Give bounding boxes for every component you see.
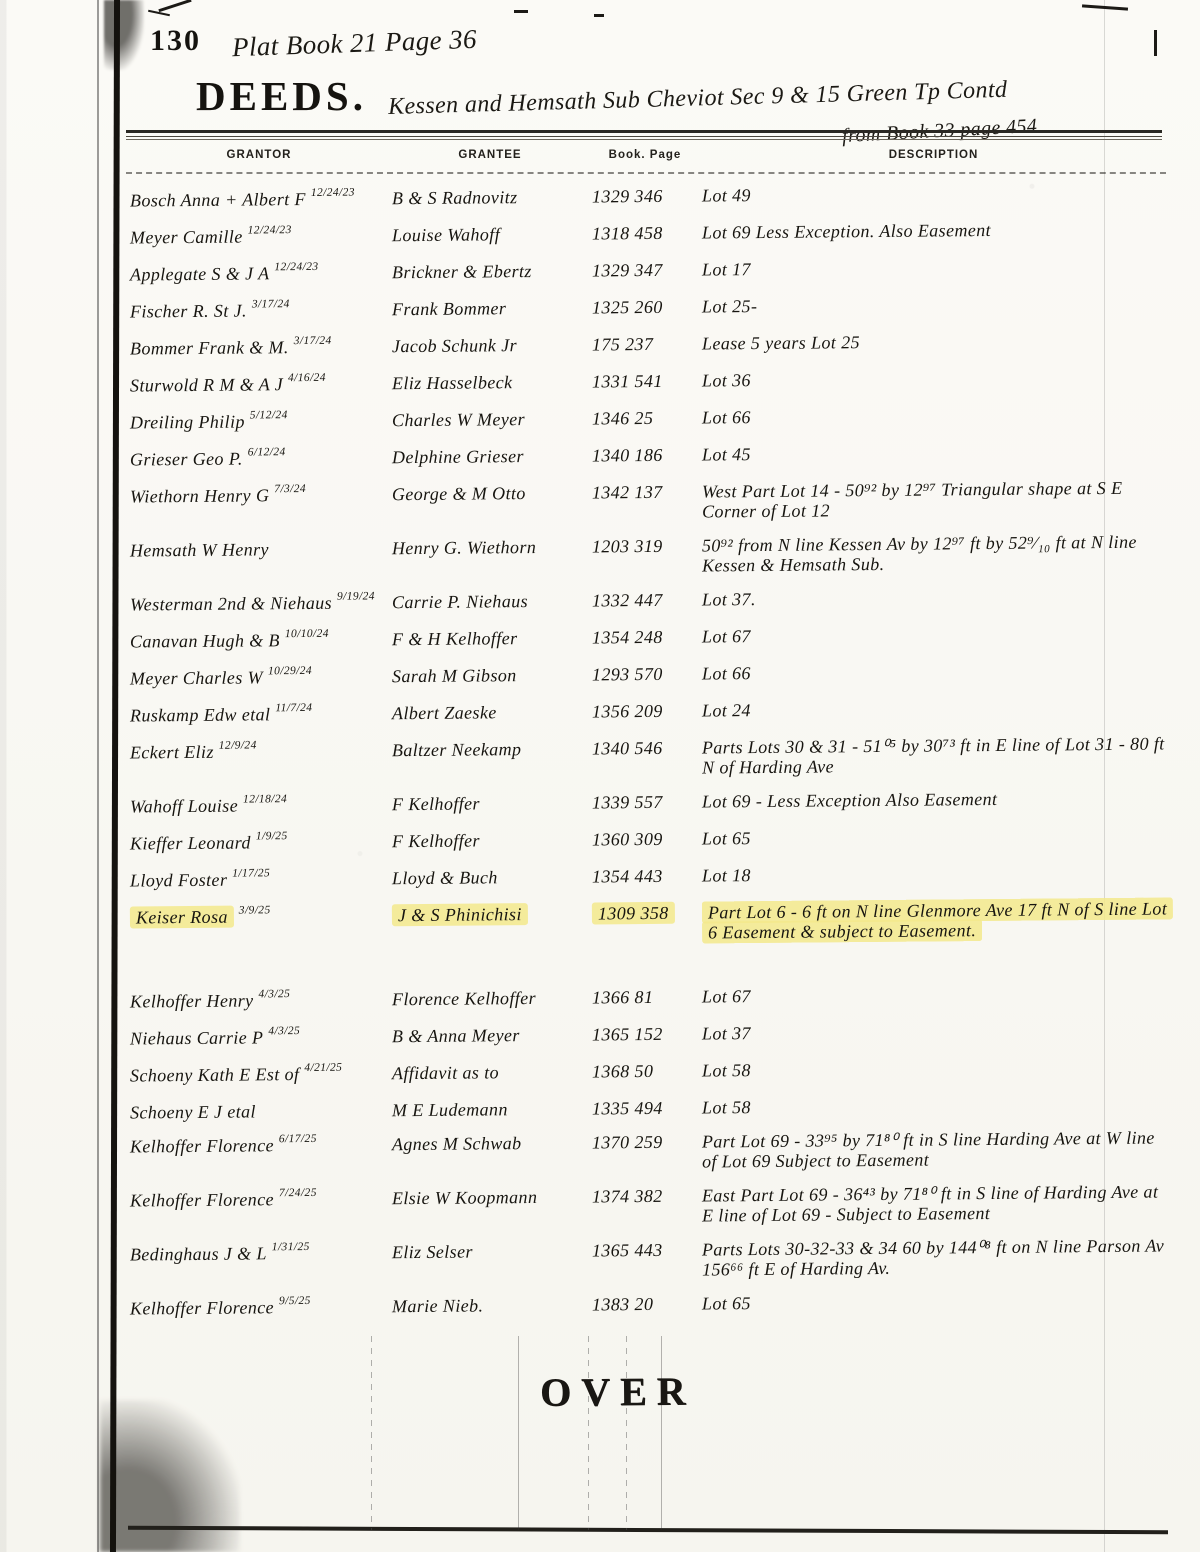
book-page-cell: 1370 259 — [592, 1132, 698, 1173]
description-cell: Parts Lots 30 & 31 - 51⁰⁵ by 30⁷³ ft in … — [702, 733, 1168, 777]
table-row: Kelhoffer Henry4/3/25 Florence Kelhoffer… — [130, 982, 1168, 1014]
grantee-cell: Florence Kelhoffer — [392, 988, 588, 1013]
table-row: Bommer Frank & M.3/17/24 Jacob Schunk Jr… — [130, 329, 1168, 361]
table-row: Sturwold R M & A J4/16/24 Eliz Hasselbec… — [130, 366, 1168, 398]
table-row: Kieffer Leonard1/9/25 F Kelhoffer 1360 3… — [130, 824, 1168, 856]
handwritten-book-note: Plat Book 21 Page 36 — [232, 24, 478, 64]
grantor-cell: Schoeny Kath E Est of4/21/25 — [130, 1063, 388, 1088]
table-row: Meyer Camille12/24/23 Louise Wahoff 1318… — [130, 218, 1168, 250]
description-cell: Lot 65 — [702, 1289, 1168, 1316]
grantor-cell: Meyer Camille12/24/23 — [130, 225, 388, 250]
description-cell: West Part Lot 14 - 50⁹² by 12⁹⁷ Triangul… — [702, 477, 1168, 521]
page-number: 130 — [150, 24, 201, 58]
deed-date: 12/9/24 — [219, 735, 257, 755]
handwritten-subdivision-note: Kessen and Hemsath Sub Cheviot Sec 9 & 1… — [388, 74, 1108, 121]
grantee-cell: Sarah M Gibson — [392, 665, 588, 690]
grantor-cell: Kelhoffer Henry4/3/25 — [130, 989, 388, 1014]
table-row: Bedinghaus J & L1/31/25 Eliz Selser 1365… — [130, 1235, 1168, 1284]
description-cell: Lot 25- — [702, 292, 1168, 319]
header-book-page: Book. Page — [592, 149, 698, 161]
description-cell: Lot 58 — [702, 1056, 1168, 1083]
grantee-cell: Louise Wahoff — [392, 224, 588, 249]
description-cell: Lot 66 — [702, 659, 1168, 686]
deed-date: 6/12/24 — [248, 442, 286, 462]
book-page-cell: 1329 347 — [592, 260, 698, 284]
grantee-cell: Henry G. Wiethorn — [392, 537, 588, 579]
description-cell: Lot 17 — [702, 255, 1168, 282]
bottom-scan-edge-line — [128, 1526, 1168, 1535]
table-row: Applegate S & J A12/24/23 Brickner & Ebe… — [130, 255, 1168, 287]
deed-date: 3/17/24 — [252, 294, 290, 314]
grantor-cell: Kelhoffer Florence7/24/25 — [130, 1188, 388, 1230]
deed-date: 10/10/24 — [285, 624, 329, 644]
grantee-cell: Elsie W Koopmann — [392, 1187, 588, 1229]
description-cell: Lot 37 — [702, 1019, 1168, 1046]
grantor-cell: Ruskamp Edw etal11/7/24 — [130, 703, 388, 728]
book-page-cell: 1342 137 — [592, 482, 698, 523]
header-grantor: GRANTOR — [130, 149, 388, 161]
book-page-cell: 1309 358 — [592, 903, 698, 944]
deed-date: 12/24/23 — [248, 220, 292, 240]
deed-date: 4/16/24 — [288, 368, 326, 388]
deed-date: 3/9/25 — [239, 900, 271, 920]
grantor-cell: Lloyd Foster1/17/25 — [130, 868, 388, 893]
grantor-cell: Bedinghaus J & L1/31/25 — [130, 1242, 388, 1284]
description-cell: Parts Lots 30-32-33 & 34 60 by 144⁰⁸ ft … — [702, 1235, 1168, 1279]
grantee-cell: F Kelhoffer — [392, 830, 588, 855]
deed-date: 7/24/25 — [279, 1183, 317, 1203]
deed-date: 9/5/25 — [279, 1291, 311, 1311]
book-page-cell: 1368 50 — [592, 1061, 698, 1085]
description-cell: 50⁹² from N line Kessen Av by 12⁹⁷ ft by… — [702, 531, 1168, 575]
top-edge-mark — [514, 10, 528, 13]
grantor-cell: Bosch Anna + Albert F12/24/23 — [130, 188, 388, 213]
grantee-cell: F Kelhoffer — [392, 793, 588, 818]
deed-date: 1/31/25 — [272, 1237, 310, 1257]
column-guide-line — [661, 1336, 662, 1530]
grantee-cell: J & S Phinichisi — [392, 904, 588, 946]
grantor-cell: Sturwold R M & A J4/16/24 — [130, 373, 388, 398]
grantee-cell: George & M Otto — [392, 483, 588, 525]
deed-date: 12/24/23 — [311, 183, 355, 203]
table-row: Schoeny E J etal M E Ludemann 1335 494 L… — [130, 1093, 1168, 1122]
grantor-cell: Kelhoffer Florence9/5/25 — [130, 1296, 388, 1321]
description-cell: Lot 65 — [702, 824, 1168, 851]
table-row: Eckert Eliz12/9/24 Baltzer Neekamp 1340 … — [130, 733, 1168, 782]
deed-date: 10/29/24 — [268, 661, 312, 681]
table-row: Schoeny Kath E Est of4/21/25 Affidavit a… — [130, 1056, 1168, 1088]
table-row: Meyer Charles W10/29/24 Sarah M Gibson 1… — [130, 659, 1168, 691]
header-underline — [126, 172, 1166, 174]
column-guide-line — [588, 1336, 589, 1530]
grantee-cell: Frank Bommer — [392, 298, 588, 323]
book-page-cell: 1374 382 — [592, 1186, 698, 1227]
table-row: Niehaus Carrie P4/3/25 B & Anna Meyer 13… — [130, 1019, 1168, 1051]
book-page-cell: 1335 494 — [592, 1098, 698, 1119]
left-binding-line — [110, 0, 120, 1552]
column-headers: GRANTOR GRANTEE Book. Page DESCRIPTION — [130, 149, 1165, 161]
header-grantee: GRANTEE — [392, 149, 588, 161]
description-cell: Lot 18 — [702, 861, 1168, 888]
book-page-cell: 1354 443 — [592, 866, 698, 890]
top-edge-mark — [594, 14, 604, 17]
book-page-cell: 1383 20 — [592, 1294, 698, 1318]
ink-blot-top-left — [104, 0, 144, 70]
grantor-cell: Kelhoffer Florence6/17/25 — [130, 1134, 388, 1176]
grantee-cell: Delphine Grieser — [392, 446, 588, 471]
grantor-cell: Kieffer Leonard1/9/25 — [130, 831, 388, 856]
description-cell: Lot 66 — [702, 403, 1168, 430]
grantee-cell: Eliz Hasselbeck — [392, 372, 588, 397]
column-guide-line — [518, 1336, 519, 1530]
description-cell: Lot 69 Less Exception. Also Easement — [702, 218, 1168, 245]
book-page-cell: 1354 248 — [592, 627, 698, 651]
grantor-cell: Niehaus Carrie P4/3/25 — [130, 1026, 388, 1051]
grantor-cell: Dreiling Philip5/12/24 — [130, 410, 388, 435]
grantee-cell: Agnes M Schwab — [392, 1133, 588, 1175]
header-description: DESCRIPTION — [702, 149, 1165, 161]
grantor-cell: Grieser Geo P.6/12/24 — [130, 447, 388, 472]
grantor-cell: Wiethorn Henry G7/3/24 — [130, 484, 388, 526]
grantee-cell: Jacob Schunk Jr — [392, 335, 588, 360]
deed-date: 4/21/25 — [304, 1058, 342, 1078]
deed-date: 3/17/24 — [294, 331, 332, 351]
deed-date: 1/9/25 — [256, 826, 288, 846]
column-guide-line — [626, 1336, 627, 1530]
description-cell: Lot 49 — [702, 181, 1168, 208]
book-page-cell: 1340 546 — [592, 738, 698, 779]
description-cell: Lot 36 — [702, 366, 1168, 393]
left-margin-line — [97, 0, 99, 1552]
grantor-cell: Hemsath W Henry — [130, 538, 388, 580]
table-row: Fischer R. St J.3/17/24 Frank Bommer 132… — [130, 292, 1168, 324]
book-page-cell: 1365 152 — [592, 1024, 698, 1048]
table-row: Hemsath W Henry Henry G. Wiethorn 1203 3… — [130, 531, 1168, 580]
book-page-cell: 1332 447 — [592, 590, 698, 614]
deed-date: 7/3/24 — [274, 479, 306, 499]
description-cell: Lot 24 — [702, 696, 1168, 723]
grantee-cell: B & S Radnovitz — [392, 187, 588, 212]
description-cell: Lot 45 — [702, 440, 1168, 467]
deed-date: 6/17/25 — [279, 1129, 317, 1149]
table-row: Ruskamp Edw etal11/7/24 Albert Zaeske 13… — [130, 696, 1168, 728]
description-cell: Part Lot 6 - 6 ft on N line Glenmore Ave… — [702, 898, 1168, 942]
book-page-cell: 175 237 — [592, 334, 698, 358]
grantee-cell: M E Ludemann — [392, 1099, 588, 1121]
table-row: Lloyd Foster1/17/25 Lloyd & Buch 1354 44… — [130, 861, 1168, 893]
deed-date: 11/7/24 — [275, 698, 312, 718]
description-cell: Lot 58 — [702, 1093, 1168, 1117]
grantee-cell: Eliz Selser — [392, 1241, 588, 1283]
grantee-cell: B & Anna Meyer — [392, 1025, 588, 1050]
table-row: Canavan Hugh & B10/10/24 F & H Kelhoffer… — [130, 622, 1168, 654]
table-row: Westerman 2nd & Niehaus9/19/24 Carrie P.… — [130, 585, 1168, 617]
book-page-cell: 1360 309 — [592, 829, 698, 853]
top-scribble-mark — [158, 0, 191, 12]
top-edge-mark — [1082, 4, 1128, 10]
deed-date: 12/24/23 — [274, 257, 318, 277]
deed-date: 4/3/25 — [258, 984, 290, 1004]
grantor-cell: Applegate S & J A12/24/23 — [130, 262, 388, 287]
table-row: Grieser Geo P.6/12/24 Delphine Grieser 1… — [130, 440, 1168, 472]
grantor-cell: Wahoff Louise12/18/24 — [130, 794, 388, 819]
book-page-cell: 1365 443 — [592, 1240, 698, 1281]
deed-entries: Bosch Anna + Albert F12/24/23 B & S Radn… — [130, 186, 1168, 1331]
description-cell: East Part Lot 69 - 36⁴³ by 71⁸⁰ ft in S … — [702, 1181, 1168, 1225]
deed-date: 1/17/25 — [232, 863, 270, 883]
book-page-cell: 1203 319 — [592, 536, 698, 577]
book-page-cell: 1331 541 — [592, 371, 698, 395]
deed-date: 4/3/25 — [268, 1021, 300, 1041]
column-guide-line — [371, 1336, 372, 1530]
page-title: DEEDS. — [196, 72, 367, 120]
grantor-cell: Westerman 2nd & Niehaus9/19/24 — [130, 592, 388, 617]
grantor-cell: Fischer R. St J.3/17/24 — [130, 299, 388, 324]
book-page-cell: 1340 186 — [592, 445, 698, 469]
book-page-cell: 1318 458 — [592, 223, 698, 247]
book-page-cell: 1339 557 — [592, 792, 698, 816]
top-edge-mark — [1154, 30, 1157, 56]
book-page-cell: 1293 570 — [592, 664, 698, 688]
table-row: Kelhoffer Florence9/5/25 Marie Nieb. 138… — [130, 1289, 1168, 1321]
description-cell: Lot 37. — [702, 585, 1168, 612]
grantee-cell: Marie Nieb. — [392, 1295, 588, 1320]
grantor-cell: Meyer Charles W10/29/24 — [130, 666, 388, 691]
description-cell: Lot 69 - Less Exception Also Easement — [702, 787, 1168, 814]
grantee-cell: Charles W Meyer — [392, 409, 588, 434]
book-page-cell: 1356 209 — [592, 701, 698, 725]
table-row: Wiethorn Henry G7/3/24 George & M Otto 1… — [130, 477, 1168, 526]
header-rule — [126, 130, 1162, 140]
grantee-cell: Albert Zaeske — [392, 702, 588, 727]
book-page-cell: 1329 346 — [592, 186, 698, 210]
deed-date: 9/19/24 — [337, 586, 375, 606]
deed-date: 12/18/24 — [243, 789, 287, 809]
description-cell: Lease 5 years Lot 25 — [702, 329, 1168, 356]
over-stamp: OVER — [540, 1367, 696, 1415]
table-row: Kelhoffer Florence6/17/25 Agnes M Schwab… — [130, 1127, 1168, 1176]
table-row: Wahoff Louise12/18/24 F Kelhoffer 1339 5… — [130, 787, 1168, 819]
grantee-cell: Lloyd & Buch — [392, 867, 588, 892]
book-page-cell: 1325 260 — [592, 297, 698, 321]
table-row: Bosch Anna + Albert F12/24/23 B & S Radn… — [130, 181, 1168, 213]
description-cell: Lot 67 — [702, 622, 1168, 649]
grantor-cell: Keiser Rosa3/9/25 — [130, 905, 388, 947]
grantor-cell: Schoeny E J etal — [130, 1100, 388, 1122]
deed-date: 5/12/24 — [250, 405, 288, 425]
table-row: Keiser Rosa3/9/25 J & S Phinichisi 1309 … — [130, 898, 1168, 947]
scanned-deed-ledger-page: 130 Plat Book 21 Page 36 DEEDS. Kessen a… — [0, 0, 1200, 1552]
table-row: Dreiling Philip5/12/24 Charles W Meyer 1… — [130, 403, 1168, 435]
description-cell: Part Lot 69 - 33⁹⁵ by 71⁸⁰ ft in S line … — [702, 1127, 1168, 1171]
grantee-cell: Affidavit as to — [392, 1062, 588, 1087]
table-row: Kelhoffer Florence7/24/25 Elsie W Koopma… — [130, 1181, 1168, 1230]
grantee-cell: Carrie P. Niehaus — [392, 591, 588, 616]
book-page-cell: 1366 81 — [592, 987, 698, 1011]
grantee-cell: F & H Kelhoffer — [392, 628, 588, 653]
grantor-cell: Eckert Eliz12/9/24 — [130, 740, 388, 782]
grantor-cell: Bommer Frank & M.3/17/24 — [130, 336, 388, 361]
description-cell: Lot 67 — [702, 982, 1168, 1009]
book-page-cell: 1346 25 — [592, 408, 698, 432]
grantor-cell: Canavan Hugh & B10/10/24 — [130, 629, 388, 654]
grantee-cell: Baltzer Neekamp — [392, 739, 588, 781]
grantee-cell: Brickner & Ebertz — [392, 261, 588, 286]
